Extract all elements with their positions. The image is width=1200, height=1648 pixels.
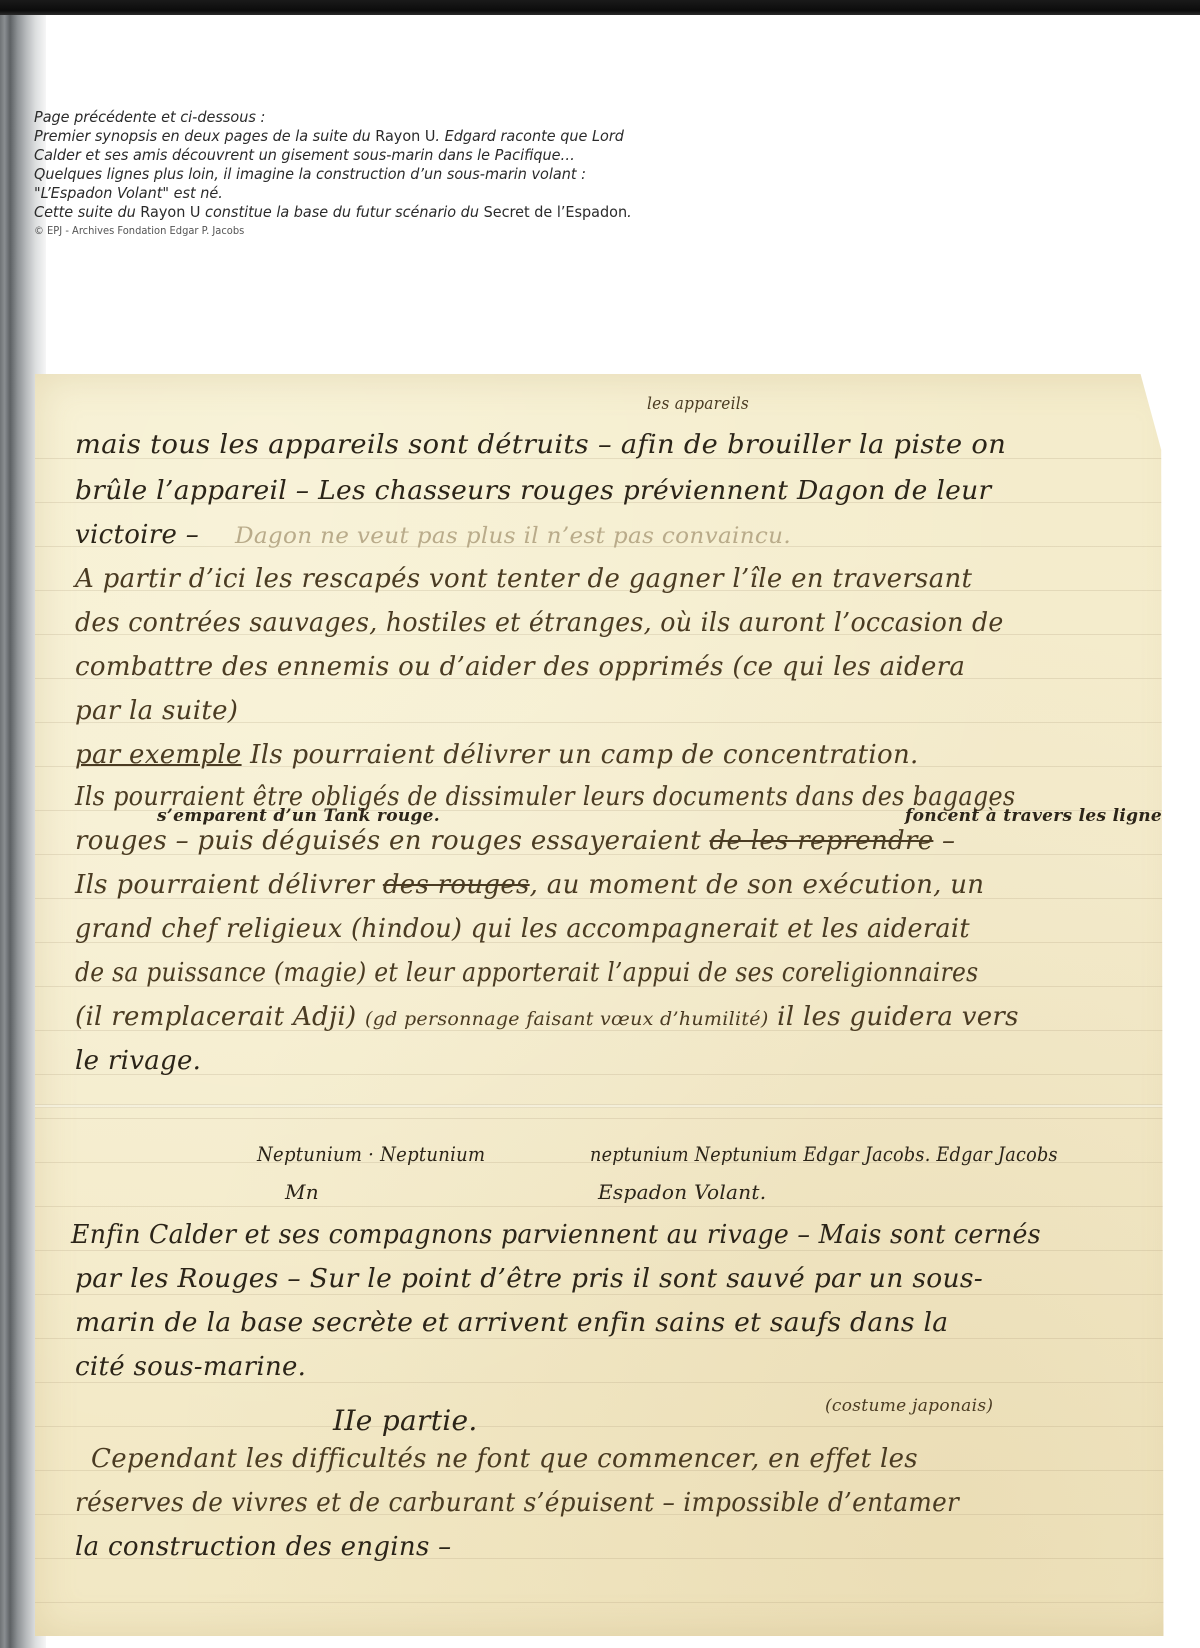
manuscript-line: mais tous les appareils sont détruits – … — [75, 430, 1006, 460]
manuscript-line: rouges – puis déguisés en rouges essayer… — [75, 826, 955, 856]
pencil-note: Dagon ne veut pas plus il n’est pas conv… — [235, 524, 791, 549]
ruled-line — [35, 1338, 1183, 1339]
ruled-line — [35, 1382, 1183, 1383]
ruled-line — [35, 1646, 1183, 1647]
manuscript-line: marin de la base secrète et arrivent enf… — [75, 1308, 948, 1338]
manuscript-page: les appareils mais tous les appareils so… — [35, 374, 1183, 1636]
top-black-band — [0, 0, 1200, 15]
par-exemple-underlined: par exemple — [75, 740, 242, 770]
manuscript-line: combattre des ennemis ou d’aider des opp… — [75, 652, 965, 682]
ruled-line — [35, 1206, 1183, 1207]
manuscript-line: A partir d’ici les rescapés vont tenter … — [75, 564, 972, 594]
struck-text: des rouges — [383, 870, 530, 900]
doodle-text: Neptunium · Neptunium — [257, 1142, 485, 1166]
manuscript-line: cité sous-marine. — [75, 1352, 306, 1382]
part-two-heading: IIe partie. — [333, 1404, 478, 1437]
caption-line: Calder et ses amis découvrent un gisemen… — [34, 146, 797, 165]
photo-caption: Page précédente et ci-dessous : Premier … — [34, 108, 854, 238]
manuscript-line: Ils pourraient délivrer des rouges, au m… — [75, 870, 984, 900]
insertion-tank: s’emparent d’un Tank rouge. — [157, 806, 440, 826]
insertion-lignes: foncent à travers les lignes — [905, 806, 1172, 826]
caption-line: Premier synopsis en deux pages de la sui… — [34, 127, 797, 146]
ruled-line — [35, 1294, 1183, 1295]
manuscript-line: des contrées sauvages, hostiles et étran… — [75, 608, 1004, 638]
caption-line: Quelques lignes plus loin, il imagine la… — [34, 165, 797, 184]
manuscript-line: réserves de vivres et de carburant s’épu… — [75, 1488, 959, 1518]
manuscript-line: grand chef religieux (hindou) qui les ac… — [75, 914, 970, 944]
ruled-line — [35, 1602, 1183, 1603]
caption-line: Page précédente et ci-dessous : — [34, 108, 797, 127]
manuscript-line: Enfin Calder et ses compagnons parvienne… — [71, 1220, 1041, 1250]
manuscript-line: (il remplacerait Adji) (gd personnage fa… — [75, 1002, 1019, 1032]
manuscript-line: par les Rouges – Sur le point d’être pri… — [75, 1264, 983, 1294]
struck-text: de les reprendre — [710, 826, 934, 856]
doodle-text: Mn — [285, 1180, 319, 1204]
caption-line: "L’Espadon Volant" est né. — [34, 184, 797, 203]
title-reference: Rayon U — [375, 127, 435, 145]
insertion-les-appareils: les appareils — [647, 394, 749, 414]
doodle-text: neptunium Neptunium Edgar Jacobs. Edgar … — [590, 1142, 1058, 1166]
ruled-line — [35, 1074, 1183, 1075]
manuscript-line: victoire – — [75, 520, 199, 550]
manuscript-line: Cependant les difficultés ne font que co… — [91, 1444, 918, 1474]
victoire-text: victoire – — [75, 520, 199, 550]
title-reference: Secret de l’Espadon — [484, 203, 628, 221]
manuscript-line: le rivage. — [75, 1046, 201, 1076]
margin-note-costume: (costume japonais) — [825, 1396, 993, 1416]
doodle-text: Espadon Volant. — [598, 1180, 766, 1204]
ruled-line — [35, 1118, 1183, 1119]
ruled-line — [35, 1426, 1183, 1427]
title-reference: Rayon U — [140, 203, 200, 221]
copyright-credit: © EPJ - Archives Fondation Edgar P. Jaco… — [34, 223, 772, 238]
manuscript-line: de sa puissance (magie) et leur apporter… — [75, 958, 978, 988]
paper-fold — [35, 1104, 1183, 1108]
manuscript-line: brûle l’appareil – Les chasseurs rouges … — [75, 476, 992, 506]
ruled-line — [35, 1250, 1183, 1251]
manuscript-line: la construction des engins – — [75, 1532, 451, 1562]
manuscript-line: par exemple Ils pourraient délivrer un c… — [75, 740, 919, 770]
manuscript-line: par la suite) — [75, 696, 238, 726]
caption-line: Cette suite du Rayon U constitue la base… — [34, 203, 797, 222]
